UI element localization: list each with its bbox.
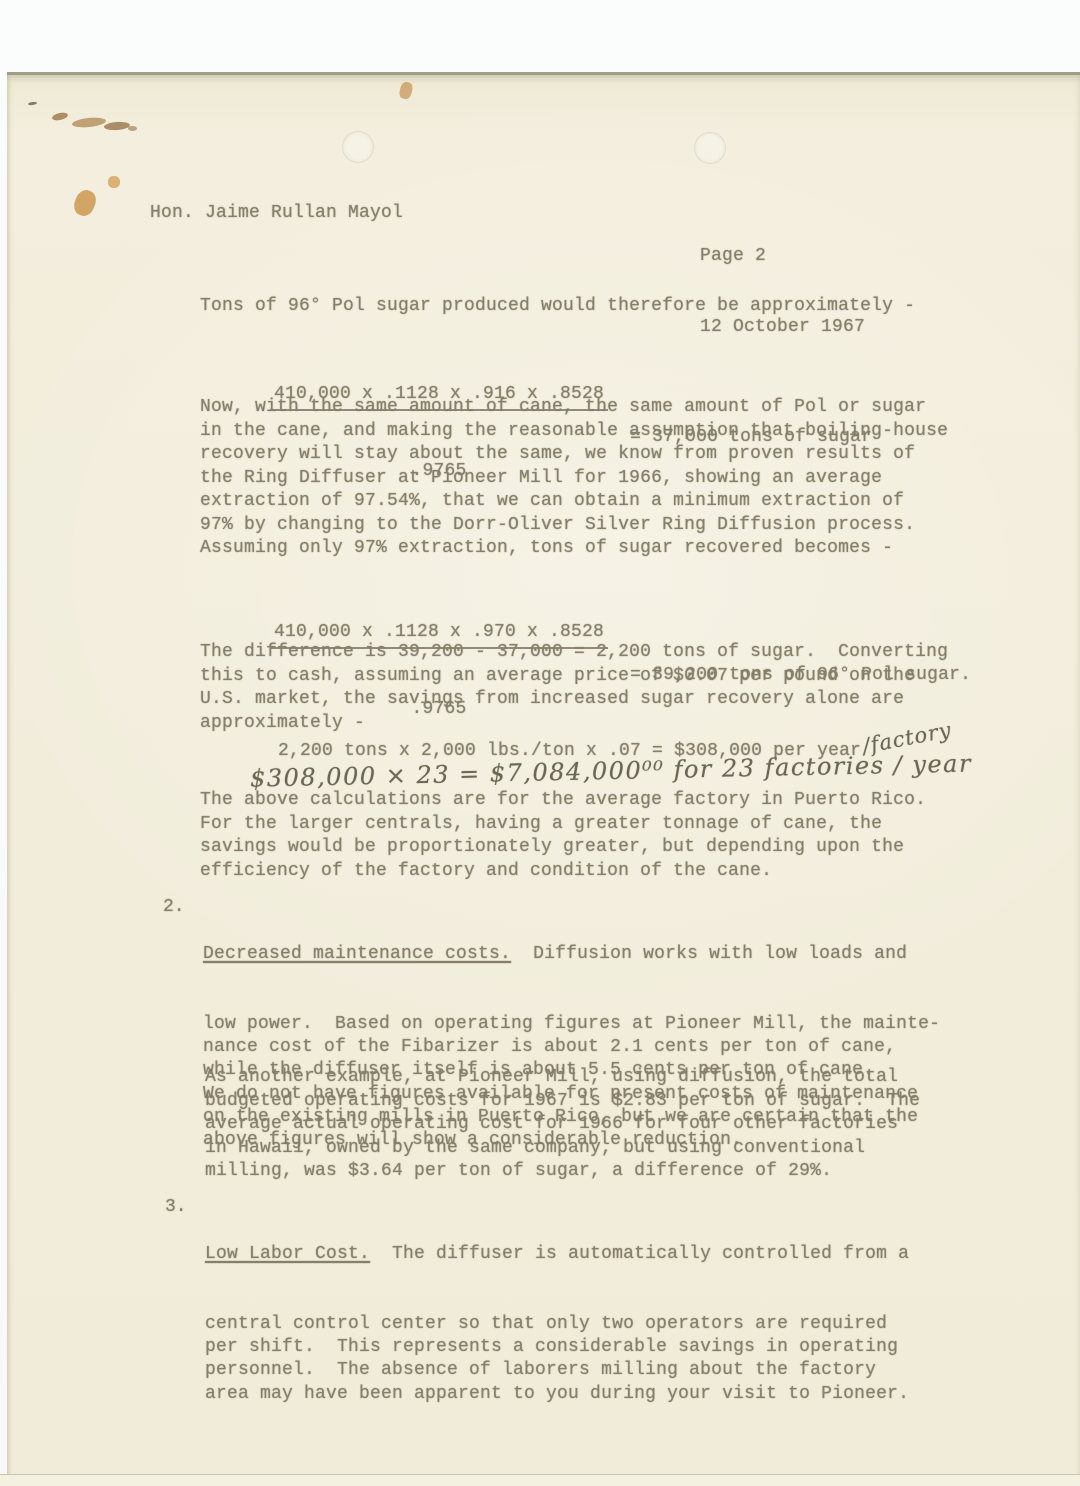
item-2-first-line-rest: Diffusion works with low loads and <box>511 944 907 964</box>
item-2-title: Decreased maintenance costs. <box>203 944 511 964</box>
item-3-first-line: Low Labor Cost. The diffuser is automati… <box>205 1243 909 1266</box>
stain-mark <box>108 176 120 188</box>
item-2-number: 2. <box>163 897 185 917</box>
intro-sentence: Tons of 96° Pol sugar produced would the… <box>200 295 915 319</box>
paragraph-extraction: Now, with the same amount of cane, the s… <box>200 396 948 561</box>
item-3-text: Low Labor Cost. The diffuser is automati… <box>205 1197 909 1452</box>
paragraph-example: As another example, at Pioneer Mill, usi… <box>205 1066 920 1184</box>
paper-bottom-edge <box>0 1474 1080 1486</box>
punch-hole <box>342 131 374 163</box>
page-number: Page 2 <box>700 245 865 269</box>
scanned-letter-page: Hon. Jaime Rullan Mayol Page 2 12 Octobe… <box>0 0 1080 1486</box>
item-3-body: central control center so that only two … <box>205 1313 909 1406</box>
stain-mark <box>128 126 137 131</box>
item-3-number: 3. <box>165 1197 187 1217</box>
paragraph-difference: The difference is 39,200 - 37,000 = 2,20… <box>200 641 948 735</box>
header-addressee: Hon. Jaime Rullan Mayol <box>150 202 403 226</box>
item-3-first-line-rest: The diffuser is automatically controlled… <box>370 1244 909 1264</box>
item-3-title: Low Labor Cost. <box>205 1244 370 1264</box>
punch-hole <box>694 132 726 164</box>
item-2-first-line: Decreased maintenance costs. Diffusion w… <box>203 943 940 966</box>
paragraph-above-calculations: The above calculations are for the avera… <box>200 789 926 883</box>
